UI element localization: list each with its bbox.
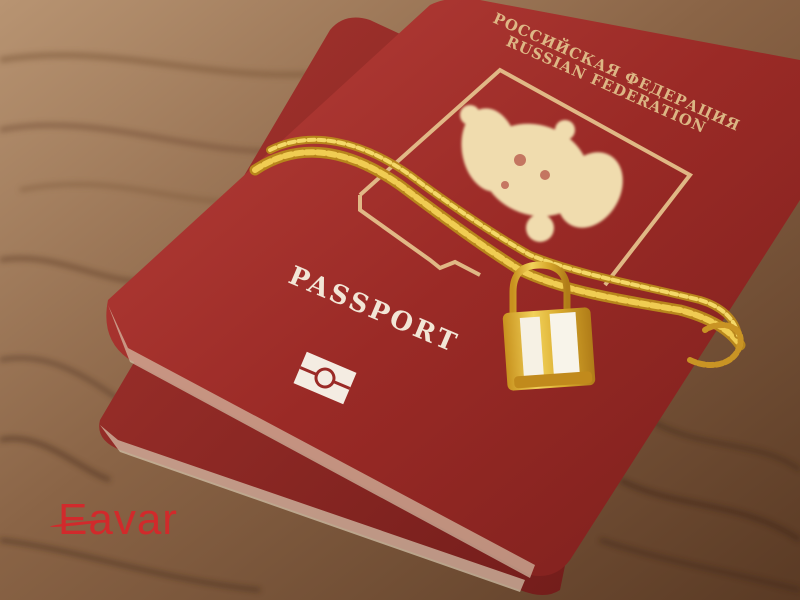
photo-scene: РОССИЙСКАЯ ФЕДЕРАЦИЯ RUSSIAN FEDERATION …	[0, 0, 800, 600]
watermark-text: Eavar	[58, 495, 178, 544]
eavar-watermark-logo: Eavar	[58, 498, 178, 542]
